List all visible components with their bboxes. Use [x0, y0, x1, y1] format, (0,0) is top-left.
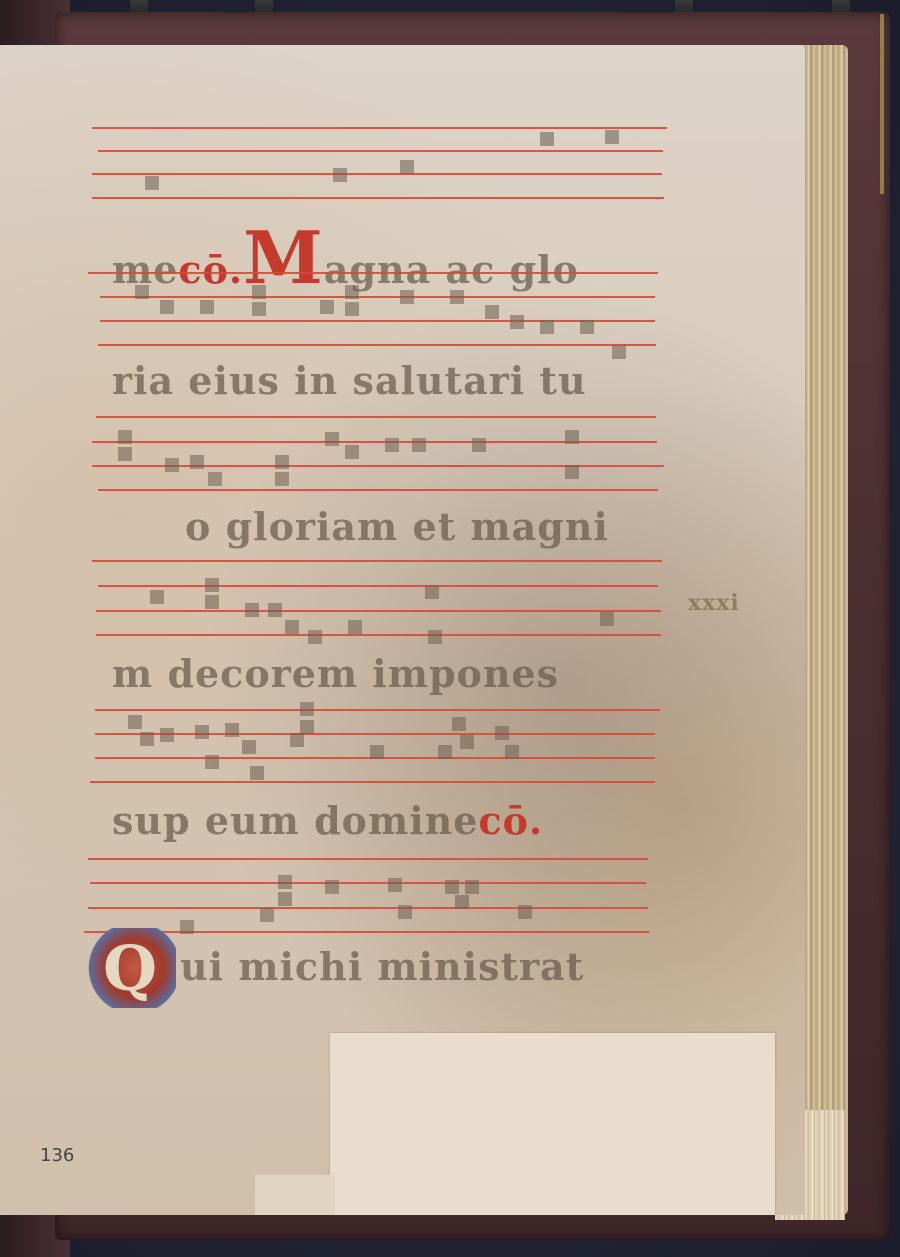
- neume: [465, 880, 479, 894]
- neume: [200, 300, 214, 314]
- neume: [285, 620, 299, 634]
- neume: [455, 895, 469, 909]
- neume: [540, 320, 554, 334]
- text-line-6: ui michi ministrat: [180, 948, 584, 986]
- neume: [278, 875, 292, 889]
- neume: [242, 740, 256, 754]
- neume: [275, 472, 289, 486]
- neume: [308, 630, 322, 644]
- neume: [385, 438, 399, 452]
- text-line-2: ria eius in salutari tu: [112, 362, 587, 400]
- neume: [600, 612, 614, 626]
- neume: [278, 892, 292, 906]
- neume: [252, 285, 266, 299]
- text-line-1: mecō.Magna ac glo: [112, 222, 579, 294]
- neume: [245, 603, 259, 617]
- staff-line: [98, 585, 658, 587]
- neume: [345, 302, 359, 316]
- neume: [400, 290, 414, 304]
- neume: [580, 320, 594, 334]
- marginal-mark: xxxi: [688, 590, 740, 616]
- neume: [518, 905, 532, 919]
- staff-line: [92, 173, 662, 175]
- neume: [495, 726, 509, 740]
- neume: [205, 595, 219, 609]
- neume: [268, 603, 282, 617]
- neume: [300, 720, 314, 734]
- neume: [425, 585, 439, 599]
- staff-line: [98, 344, 656, 346]
- neume: [250, 766, 264, 780]
- neume: [445, 880, 459, 894]
- lyric-text: m decorem impones: [112, 651, 559, 696]
- neume: [348, 620, 362, 634]
- staff-line: [88, 907, 648, 909]
- lyric-text: sup eum domine: [112, 798, 478, 843]
- neume: [460, 735, 474, 749]
- neume: [505, 745, 519, 759]
- staff-line: [100, 296, 655, 298]
- neume: [208, 472, 222, 486]
- illuminated-initial-Q: Q: [84, 928, 176, 1008]
- neume: [398, 905, 412, 919]
- neume: [325, 432, 339, 446]
- neume: [320, 300, 334, 314]
- staff-line: [98, 150, 663, 152]
- neume: [205, 755, 219, 769]
- staff-line: [96, 416, 656, 418]
- neume: [345, 445, 359, 459]
- staff-line: [88, 272, 658, 274]
- neume: [565, 465, 579, 479]
- neume: [150, 590, 164, 604]
- neume: [275, 455, 289, 469]
- lyric-text: o gloriam et magni: [185, 504, 609, 549]
- repair-patch: [330, 1033, 775, 1215]
- neume: [300, 702, 314, 716]
- staff-line: [100, 320, 655, 322]
- neume: [452, 717, 466, 731]
- rubric-cue: cō.: [478, 798, 543, 843]
- lyric-text: ui michi ministrat: [180, 944, 584, 989]
- neume: [180, 920, 194, 934]
- folio-number: 136: [40, 1145, 74, 1166]
- text-line-5: sup eum dominecō.: [112, 802, 543, 840]
- neume: [160, 728, 174, 742]
- gilt-edge: [880, 14, 884, 194]
- neume: [260, 908, 274, 922]
- neume: [540, 132, 554, 146]
- neume: [145, 176, 159, 190]
- neume: [195, 725, 209, 739]
- neume: [160, 300, 174, 314]
- staff-line: [92, 560, 662, 562]
- neume: [412, 438, 426, 452]
- lyric-text: ria eius in salutari tu: [112, 358, 587, 403]
- neume: [290, 733, 304, 747]
- neume: [388, 878, 402, 892]
- neume: [252, 302, 266, 316]
- neume: [428, 630, 442, 644]
- staff-line: [95, 709, 660, 711]
- staff-line: [92, 197, 664, 199]
- neume: [118, 447, 132, 461]
- rubric-cue: cō.: [178, 247, 243, 292]
- staff-line: [92, 127, 667, 129]
- neume: [510, 315, 524, 329]
- staff-line: [90, 781, 655, 783]
- staff-line: [98, 489, 658, 491]
- text-line-4: m decorem impones: [112, 655, 559, 693]
- neume: [400, 160, 414, 174]
- neume: [205, 578, 219, 592]
- neume: [333, 168, 347, 182]
- neume: [165, 458, 179, 472]
- neume: [140, 732, 154, 746]
- neume: [325, 880, 339, 894]
- neume: [472, 438, 486, 452]
- neume: [565, 430, 579, 444]
- repair-strip: [255, 1175, 335, 1215]
- staff-line: [90, 882, 646, 884]
- lyric-text: agna ac glo: [324, 247, 579, 292]
- neume: [225, 723, 239, 737]
- neume: [612, 345, 626, 359]
- neume: [118, 430, 132, 444]
- staff-line: [96, 610, 661, 612]
- staff-line: [96, 634, 661, 636]
- neume: [128, 715, 142, 729]
- neume: [135, 285, 149, 299]
- neume: [450, 290, 464, 304]
- neume: [190, 455, 204, 469]
- neume: [438, 745, 452, 759]
- neume: [345, 285, 359, 299]
- staff-line: [88, 858, 648, 860]
- neume: [370, 745, 384, 759]
- neume: [605, 130, 619, 144]
- neume: [485, 305, 499, 319]
- text-line-3: o gloriam et magni: [185, 508, 609, 546]
- staff-line: [95, 733, 655, 735]
